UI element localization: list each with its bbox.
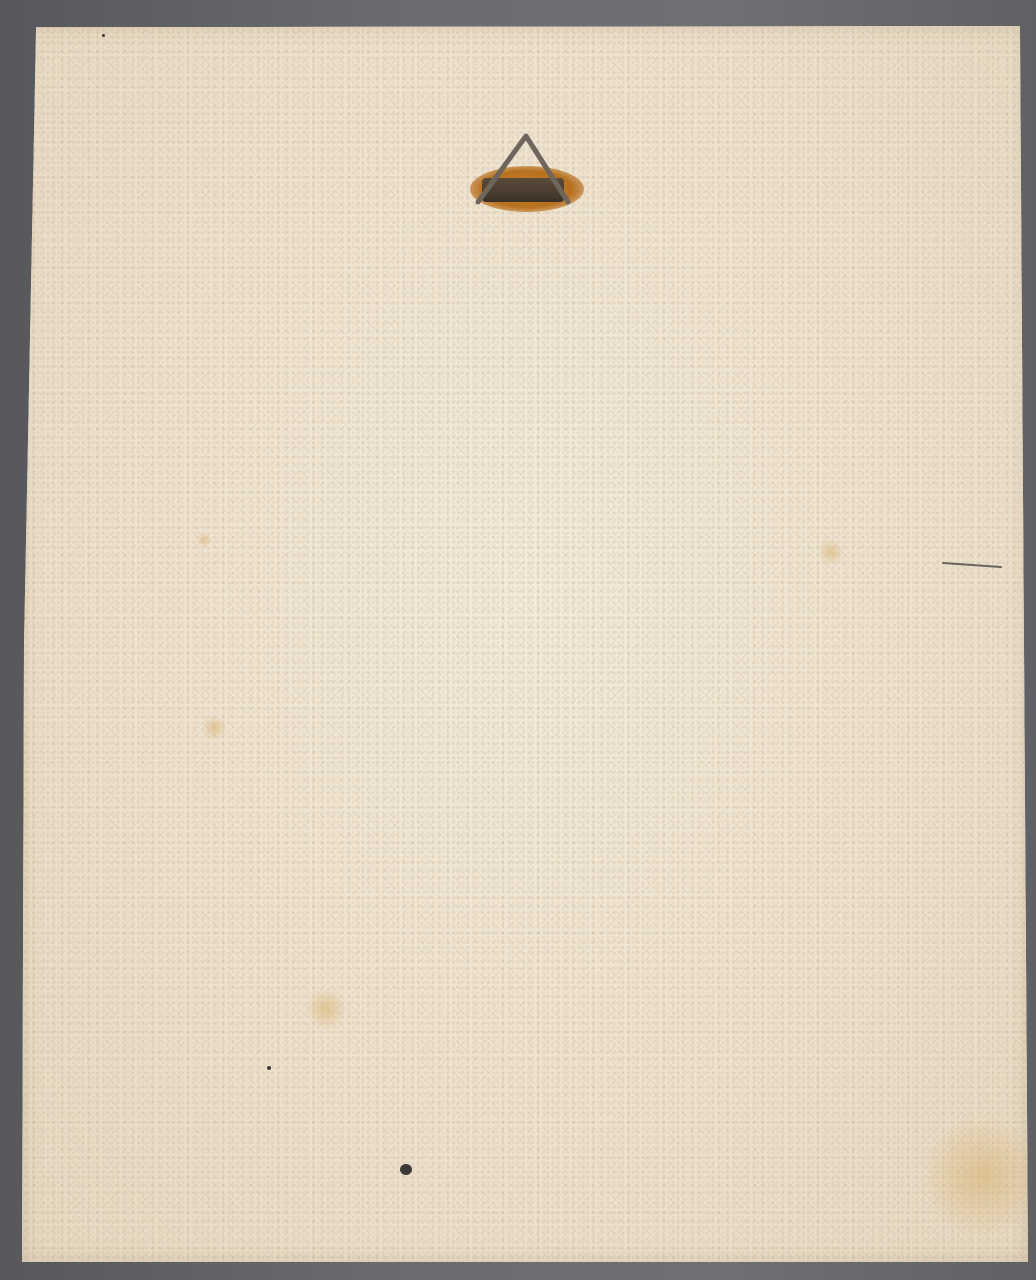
stain-spot [820,538,842,566]
stain-spot [307,988,345,1030]
stain-spot [197,532,211,548]
photo-scene [0,0,1036,1280]
wire-hanger [468,130,588,225]
dark-speck [267,1066,271,1070]
dark-speck [400,1164,412,1175]
surface-crack [942,562,1002,568]
hanger-wire-icon [468,130,588,225]
stain-spot [202,716,226,740]
dark-speck [102,34,105,37]
stain-corner [927,1116,1036,1236]
